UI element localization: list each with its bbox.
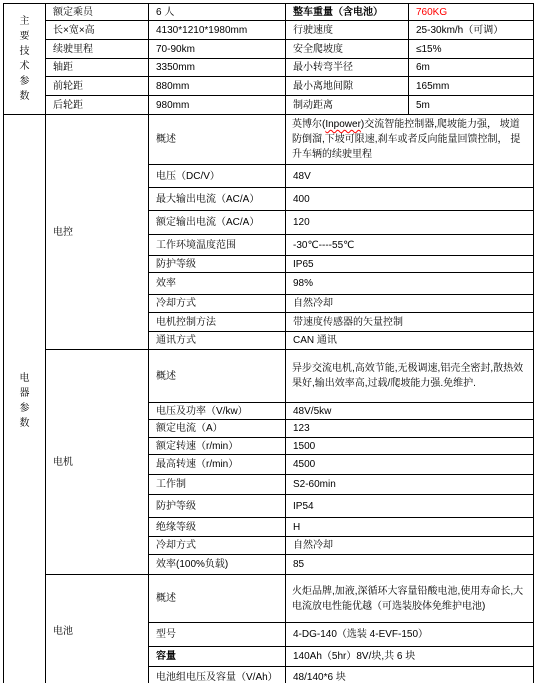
group-label: 电机 xyxy=(46,350,149,575)
param-value: ≤15% xyxy=(409,40,534,59)
param-name: 安全爬坡度 xyxy=(286,40,409,59)
param-name: 后轮距 xyxy=(46,96,149,115)
param-value: 自然冷却 xyxy=(286,537,534,555)
param-name: 绝缘等级 xyxy=(149,518,286,537)
spec-row: 前轮距 880mm 最小离地间隙 165mm xyxy=(4,77,534,96)
vertical-text: 电器参数 xyxy=(19,371,30,431)
param-name: 最高转速（r/min） xyxy=(149,455,286,475)
param-name: 工作环境温度范围 xyxy=(149,235,286,256)
section1-label: 主要技术参数 xyxy=(4,4,46,115)
param-name: 型号 xyxy=(149,623,286,647)
param-value: 85 xyxy=(286,555,534,575)
spec-table: 主要技术参数 额定乘员 6 人 整车重量（含电池） 760KG 长×宽×高 41… xyxy=(3,3,534,683)
param-value: IP65 xyxy=(286,256,534,273)
param-name: 整车重量（含电池） xyxy=(286,4,409,21)
overview-value: 火炬品牌,加液,深循环大容量铅酸电池,使用寿命长,大电流放电性能优越（可选装胶体… xyxy=(286,575,534,623)
overview-text: 英博尔( xyxy=(292,119,325,130)
group-label: 电池 xyxy=(46,575,149,683)
param-name: 前轮距 xyxy=(46,77,149,96)
param-value: 6 人 xyxy=(149,4,286,21)
param-name: 通讯方式 xyxy=(149,332,286,350)
param-name: 防护等级 xyxy=(149,495,286,518)
param-value: 6m xyxy=(409,59,534,77)
param-name: 额定电流（A） xyxy=(149,420,286,438)
param-name: 制动距离 xyxy=(286,96,409,115)
param-name: 续驶里程 xyxy=(46,40,149,59)
overview-value: 异步交流电机,高效节能,无极调速,铝壳全密封,散热效果好,输出效率高,过载/爬坡… xyxy=(286,350,534,403)
param-value: 3350mm xyxy=(149,59,286,77)
param-name: 冷却方式 xyxy=(149,295,286,313)
param-value: 带速度传感器的矢量控制 xyxy=(286,313,534,332)
param-value: 70-90km xyxy=(149,40,286,59)
spec-row: 电池 概述 火炬品牌,加液,深循环大容量铅酸电池,使用寿命长,大电流放电性能优越… xyxy=(4,575,534,623)
param-value: 自然冷却 xyxy=(286,295,534,313)
param-name: 电池组电压及容量（V/Ah） xyxy=(149,667,286,683)
param-value: 400 xyxy=(286,188,534,211)
param-value: 98% xyxy=(286,273,534,295)
param-value: 48/140*6 块 xyxy=(286,667,534,683)
param-name: 概述 xyxy=(149,575,286,623)
param-value: S2-60min xyxy=(286,475,534,495)
param-value: 48V/5kw xyxy=(286,403,534,420)
spellcheck-word: Inpower xyxy=(325,119,361,130)
section2-label: 电器参数 xyxy=(4,115,46,683)
spec-row: 电机 概述 异步交流电机,高效节能,无极调速,铝壳全密封,散热效果好,输出效率高… xyxy=(4,350,534,403)
param-value: 123 xyxy=(286,420,534,438)
param-name: 冷却方式 xyxy=(149,537,286,555)
param-name: 效率 xyxy=(149,273,286,295)
spec-row: 后轮距 980mm 制动距离 5m xyxy=(4,96,534,115)
param-value: 25-30km/h（可调） xyxy=(409,21,534,40)
spec-row: 长×宽×高 4130*1210*1980mm 行驶速度 25-30km/h（可调… xyxy=(4,21,534,40)
param-value: 4130*1210*1980mm xyxy=(149,21,286,40)
param-name: 最小离地间隙 xyxy=(286,77,409,96)
param-name: 电压（DC/V） xyxy=(149,165,286,188)
param-name: 最小转弯半径 xyxy=(286,59,409,77)
param-value: 48V xyxy=(286,165,534,188)
param-value: 120 xyxy=(286,211,534,235)
spec-row: 续驶里程 70-90km 安全爬坡度 ≤15% xyxy=(4,40,534,59)
param-name: 电压及功率（V/kw） xyxy=(149,403,286,420)
spec-row: 主要技术参数 额定乘员 6 人 整车重量（含电池） 760KG xyxy=(4,4,534,21)
param-value: -30℃----55℃ xyxy=(286,235,534,256)
param-value: 140Ah（5hr）8V/块,共 6 块 xyxy=(286,647,534,667)
param-value: 5m xyxy=(409,96,534,115)
spec-row: 轴距 3350mm 最小转弯半径 6m xyxy=(4,59,534,77)
param-value: 4-DG-140（选装 4-EVF-150） xyxy=(286,623,534,647)
param-name: 长×宽×高 xyxy=(46,21,149,40)
param-value: 4500 xyxy=(286,455,534,475)
param-name: 效率(100%负载) xyxy=(149,555,286,575)
param-name: 行驶速度 xyxy=(286,21,409,40)
param-name: 工作制 xyxy=(149,475,286,495)
param-name: 轴距 xyxy=(46,59,149,77)
param-name: 电机控制方法 xyxy=(149,313,286,332)
param-name: 防护等级 xyxy=(149,256,286,273)
param-value-highlighted: 760KG xyxy=(409,4,534,21)
overview-value: 英博尔(Inpower)交流智能控制器,爬坡能力强， 坡道防倒溜,下坡可限速,刹… xyxy=(286,115,534,165)
param-name: 概述 xyxy=(149,350,286,403)
param-name: 容量 xyxy=(149,647,286,667)
param-name: 最大输出电流（AC/A） xyxy=(149,188,286,211)
param-value: 880mm xyxy=(149,77,286,96)
param-value: H xyxy=(286,518,534,537)
param-value: CAN 通讯 xyxy=(286,332,534,350)
param-name: 概述 xyxy=(149,115,286,165)
spec-row: 电器参数 电控 概述 英博尔(Inpower)交流智能控制器,爬坡能力强， 坡道… xyxy=(4,115,534,165)
param-name: 额定乘员 xyxy=(46,4,149,21)
group-label: 电控 xyxy=(46,115,149,350)
param-value: 165mm xyxy=(409,77,534,96)
param-name: 额定输出电流（AC/A） xyxy=(149,211,286,235)
spec-sheet-page: { "colors": {"highlight_red": "#ff0000",… xyxy=(0,0,535,683)
param-name: 额定转速（r/min） xyxy=(149,438,286,455)
param-value: IP54 xyxy=(286,495,534,518)
param-value: 980mm xyxy=(149,96,286,115)
param-value: 1500 xyxy=(286,438,534,455)
vertical-text: 主要技术参数 xyxy=(19,14,30,104)
